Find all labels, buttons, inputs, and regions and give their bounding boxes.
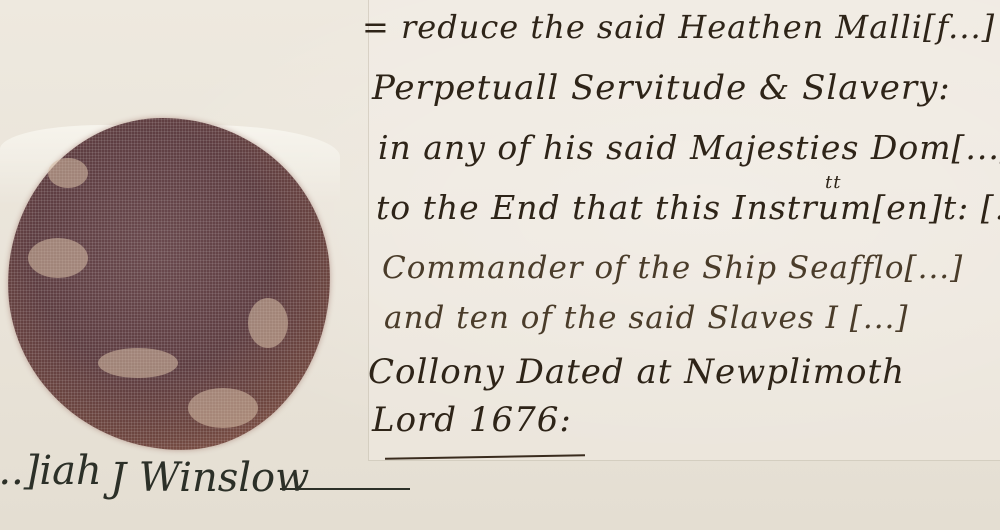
manuscript-line-8: Lord 1676:	[372, 400, 572, 440]
manuscript-line-5: Commander of the Ship Seafflo[...]	[382, 250, 963, 286]
signature-fragment: [...]iah	[0, 448, 102, 494]
superscript-mark: tt	[825, 172, 841, 193]
manuscript-line-2: Perpetuall Servitude & Slavery:	[372, 68, 951, 108]
manuscript-line-6: and ten of the said Slaves I [...]	[384, 300, 909, 336]
manuscript-line-7: Collony Dated at Newplimoth	[368, 352, 905, 392]
signature-winslow: J Winslow	[110, 455, 309, 501]
manuscript-line-1: = reduce the said Heathen Malli[f...]	[362, 8, 995, 46]
signature-flourish	[280, 488, 410, 490]
manuscript-line-4: to the End that this Instrum[en]t: [...]	[376, 188, 1000, 227]
manuscript-line-3: in any of his said Majesties Dom[...]	[378, 128, 1000, 167]
